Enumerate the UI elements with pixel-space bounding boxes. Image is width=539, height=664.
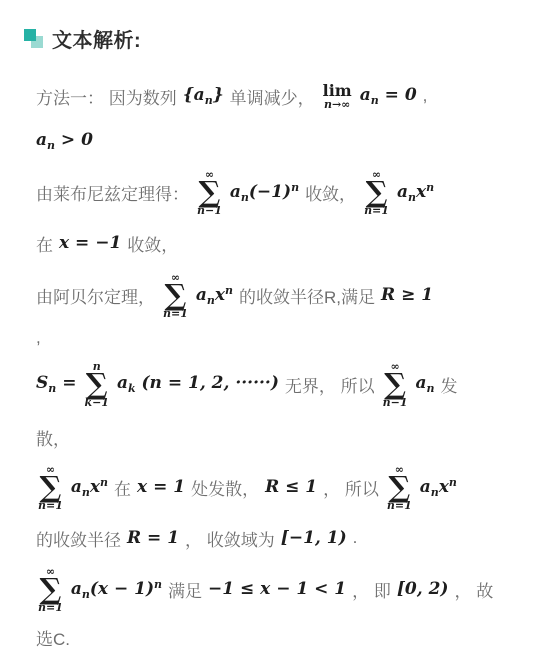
cn-text: 方法一： 因为数列 [36,84,177,109]
solution-document: 文本解析: 方法一： 因为数列 {an} 单调减少， lim n→∞ an = … [0,0,539,655]
solution-line-2: an > 0 [36,119,521,163]
cn-text: 发 [441,372,458,397]
answer-text: 选C. [36,625,70,650]
solution-line-12: 选C. [36,619,521,655]
math-an-x-pow-n: anxn [397,181,434,204]
math-R-equals-1: R = 1 [127,528,179,548]
solution-line-8: 散， [36,417,521,457]
math-R-geq-1: R ≥ 1 [381,285,433,305]
solution-line-3: 由莱布尼兹定理得： ∞ ∑ n−1 an(−1)n 收敛， ∞ ∑ n=1 an… [36,163,521,221]
cn-text: ， 所以 [323,475,379,500]
math-ak-n-range: ak (n = 1, 2, ······) [117,373,279,395]
math-interval-0-2: [0, 2) [397,579,449,599]
math-x-equals-1: x = 1 [137,477,185,497]
cn-text: 收敛， [305,180,356,205]
solution-line-4: 在 x = −1 收敛， [36,221,521,265]
summation-symbol: ∞ ∑ n=1 [364,169,389,216]
analysis-icon [24,29,43,48]
math-an-x-pow-n: anxn [196,284,233,307]
math-interval-neg1-1: [−1, 1) [281,528,347,548]
cn-text: 满足 [168,577,202,602]
math-an-x-pow-n: anxn [71,476,108,499]
cn-text: ， 收敛域为 [185,526,275,551]
summation-symbol: n ∑ k−1 [84,361,109,408]
cn-text: 单调减少， [230,84,315,109]
cn-text: 无界， 所以 [285,372,375,397]
cn-text: 的收敛半径R,满足 [239,283,375,308]
solution-line-10: 的收敛半径 R = 1 ， 收敛域为 [−1, 1) . [36,517,521,559]
math-an-equals-0: an = 0 [360,85,417,107]
solution-line-9: ∞ ∑ n=1 anxn 在 x = 1 处发散， R ≤ 1 ， 所以 ∞ ∑… [36,457,521,517]
cn-text: ， 即 [352,577,391,602]
icon-square-dark [24,29,36,41]
cn-text: 由阿贝尔定理， [36,283,155,308]
period: . [353,528,358,548]
cn-text: 的收敛半径 [36,526,121,551]
limit-operator: lim n→∞ [323,83,352,110]
section-title: 文本解析: [52,24,141,53]
math-x-equals-neg1: x = −1 [59,233,121,253]
math-an-xminus1-pow-n: an(x − 1)n [71,578,162,601]
math-Sn-equals: Sn = [36,373,76,395]
cn-text: 收敛， [127,231,178,256]
cn-text: 由莱布尼兹定理得： [36,180,189,205]
solution-line-1: 方法一： 因为数列 {an} 单调减少， lim n→∞ an = 0 , [36,73,521,119]
cn-text: 在 [36,231,53,256]
summation-symbol: ∞ ∑ n−1 [197,169,222,216]
summation-symbol: ∞ ∑ n=1 [387,464,412,511]
summation-symbol: ∞ ∑ n=1 [163,272,188,319]
comma: , [423,86,428,106]
solution-line-6: , [36,325,521,351]
solution-line-11: ∞ ∑ n=1 an(x − 1)n 满足 −1 ≤ x − 1 < 1 ， 即… [36,559,521,619]
math-an-neg1-pow-n: an(−1)n [230,181,299,204]
math-an-x-pow-n: anxn [420,476,457,499]
cn-text: ， 故 [454,577,493,602]
section-header: 文本解析: [24,24,521,53]
solution-line-7: Sn = n ∑ k−1 ak (n = 1, 2, ······) 无界， 所… [36,351,521,417]
cn-text: 处发散， [191,475,259,500]
summation-symbol: ∞ ∑ n=1 [38,566,63,613]
summation-symbol: ∞ ∑ n=1 [38,464,63,511]
comma: , [36,328,41,348]
math-an: an [416,373,435,395]
cn-text: 在 [114,475,131,500]
summation-symbol: ∞ ∑ n−1 [383,361,408,408]
cn-text: 散， [36,425,70,450]
math-inequality: −1 ≤ x − 1 < 1 [208,579,346,599]
math-an-positive: an > 0 [36,130,93,152]
math-R-leq-1: R ≤ 1 [265,477,317,497]
solution-line-5: 由阿贝尔定理， ∞ ∑ n=1 anxn 的收敛半径R,满足 R ≥ 1 [36,265,521,325]
math-sequence-an: {an} [183,85,224,107]
